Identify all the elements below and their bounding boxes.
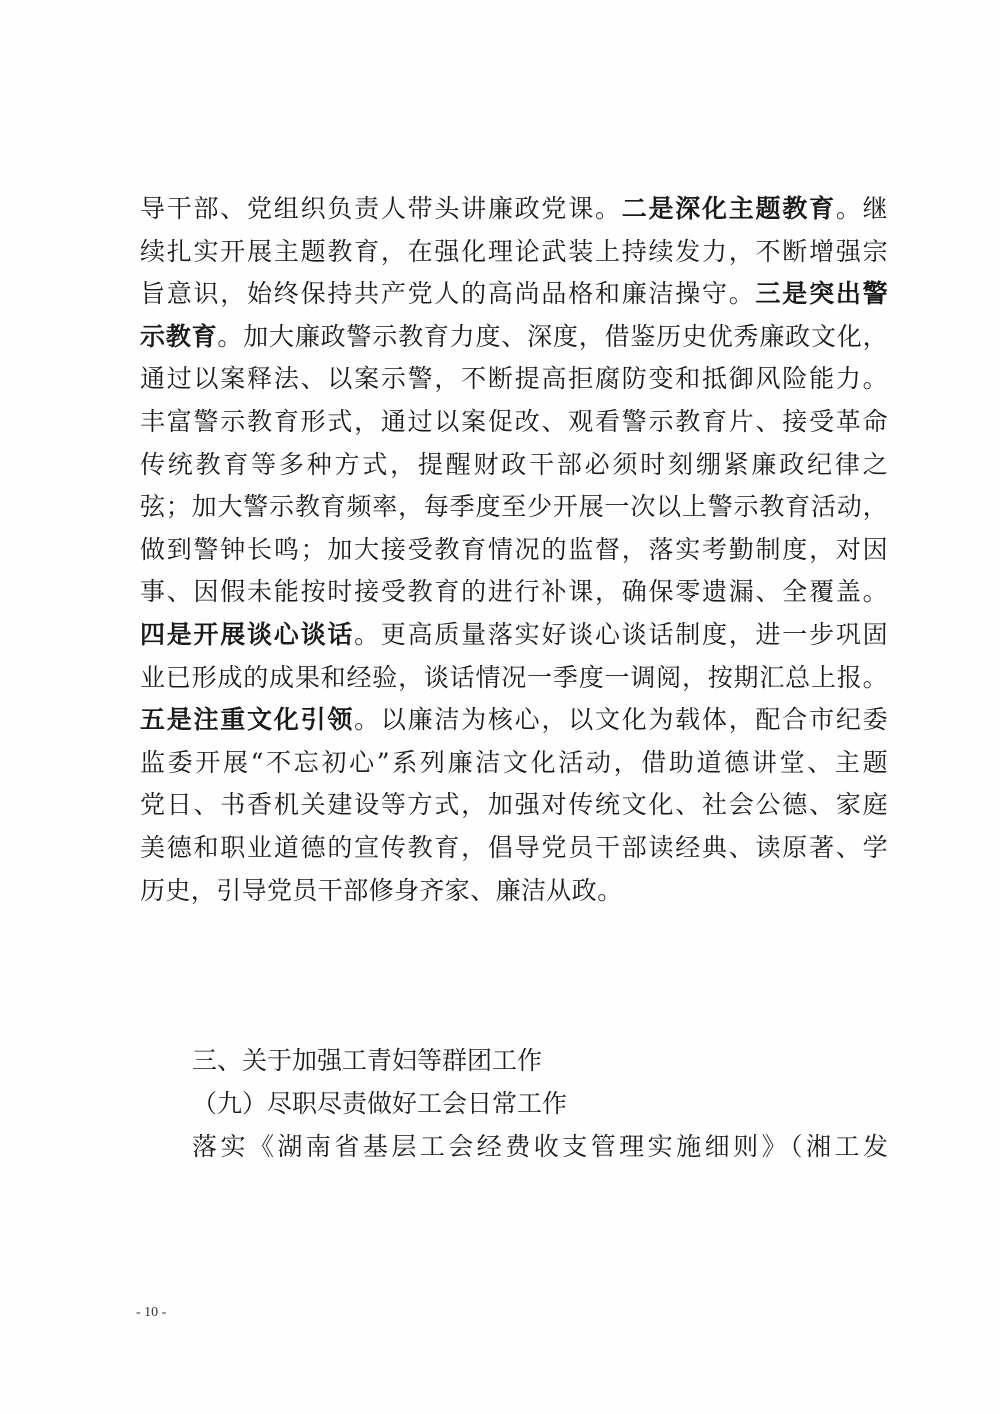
text-run: 旨意识，始终保持共产党人的高尚品格和廉洁操守。 (140, 279, 756, 308)
text-line: 做到警钟长鸣；加大接受教育情况的监督，落实考勤制度，对因 (140, 529, 888, 572)
text-run: 导干部、党组织负责人带头讲廉政党课。 (140, 194, 622, 223)
text-run: 续扎实开展主题教育，在强化理论武装上持续发力，不断增强宗 (140, 237, 888, 266)
section-heading: 三、关于加强工青妇等群团工作 (192, 1040, 542, 1082)
text-line: 历史，引导党员干部修身齐家、廉洁从政。 (140, 870, 888, 913)
bold-phrase: 五是注重文化引领 (140, 705, 354, 734)
text-run: 监委开展“不忘初心”系列廉洁文化活动，借助道德讲堂、主题 (140, 748, 888, 777)
text-line: 丰富警示教育形式，通过以案促改、观看警示教育片、接受革命 (140, 401, 888, 444)
paragraph-start: 落实《湖南省基层工会经费收支管理实施细则》（湘工发 (192, 1126, 888, 1168)
text-run: 业已形成的成果和经验，谈话情况一季度一调阅，按期汇总上报。 (140, 663, 888, 692)
text-run: 丰富警示教育形式，通过以案促改、观看警示教育片、接受革命 (140, 407, 888, 436)
text-run: 。更高质量落实好谈心谈话制度，进一步巩固 (354, 620, 888, 649)
bold-phrase: 二是深化主题教育 (622, 194, 836, 223)
bold-phrase: 示教育 (140, 322, 217, 351)
bold-phrase: 四是开展谈心谈话 (140, 620, 354, 649)
text-run: 党日、书香机关建设等方式，加强对传统文化、社会公德、家庭 (140, 790, 888, 819)
text-run: 美德和职业道德的宣传教育，倡导党员干部读经典、读原著、学 (140, 833, 888, 862)
text-line: 通过以案释法、以案示警，不断提高拒腐防变和抵御风险能力。 (140, 358, 888, 401)
text-run: 历史，引导党员干部修身齐家、廉洁从政。 (140, 876, 623, 905)
text-run: 传统教育等多种方式，提醒财政干部必须时刻绷紧廉政纪律之 (140, 450, 888, 479)
text-run: 。加大廉政警示教育力度、深度，借鉴历史优秀廉政文化， (217, 322, 888, 351)
text-line: 导干部、党组织负责人带头讲廉政党课。二是深化主题教育。继 (140, 188, 888, 231)
text-run: 事、因假未能按时接受教育的进行补课，确保零遗漏、全覆盖。 (140, 577, 888, 606)
text-line: 党日、书香机关建设等方式，加强对传统文化、社会公德、家庭 (140, 784, 888, 827)
text-line: 四是开展谈心谈话。更高质量落实好谈心谈话制度，进一步巩固 (140, 614, 888, 657)
document-page: 导干部、党组织负责人带头讲廉政党课。二是深化主题教育。继续扎实开展主题教育，在强… (0, 0, 1000, 1414)
body-text-block: 导干部、党组织负责人带头讲廉政党课。二是深化主题教育。继续扎实开展主题教育，在强… (140, 188, 888, 912)
text-line: 示教育。加大廉政警示教育力度、深度，借鉴历史优秀廉政文化， (140, 316, 888, 359)
text-run: 弦；加大警示教育频率，每季度至少开展一次以上警示教育活动， (140, 492, 888, 521)
text-run: 通过以案释法、以案示警，不断提高拒腐防变和抵御风险能力。 (140, 364, 888, 393)
text-line: 弦；加大警示教育频率，每季度至少开展一次以上警示教育活动， (140, 486, 888, 529)
text-line: 事、因假未能按时接受教育的进行补课，确保零遗漏、全覆盖。 (140, 571, 888, 614)
page-number: - 10 - (136, 1305, 166, 1321)
text-line: 美德和职业道德的宣传教育，倡导党员干部读经典、读原著、学 (140, 827, 888, 870)
subsection-heading: （九）尽职尽责做好工会日常工作 (192, 1083, 567, 1125)
bold-phrase: 三是突出警 (756, 279, 888, 308)
text-line: 旨意识，始终保持共产党人的高尚品格和廉洁操守。三是突出警 (140, 273, 888, 316)
text-line: 传统教育等多种方式，提醒财政干部必须时刻绷紧廉政纪律之 (140, 444, 888, 487)
text-line: 续扎实开展主题教育，在强化理论武装上持续发力，不断增强宗 (140, 231, 888, 274)
text-run: 。以廉洁为核心，以文化为载体，配合市纪委 (354, 705, 888, 734)
text-line: 监委开展“不忘初心”系列廉洁文化活动，借助道德讲堂、主题 (140, 742, 888, 785)
text-line: 业已形成的成果和经验，谈话情况一季度一调阅，按期汇总上报。 (140, 657, 888, 700)
text-run: 。继 (836, 194, 888, 223)
text-run: 做到警钟长鸣；加大接受教育情况的监督，落实考勤制度，对因 (140, 535, 888, 564)
text-line: 五是注重文化引领。以廉洁为核心，以文化为载体，配合市纪委 (140, 699, 888, 742)
